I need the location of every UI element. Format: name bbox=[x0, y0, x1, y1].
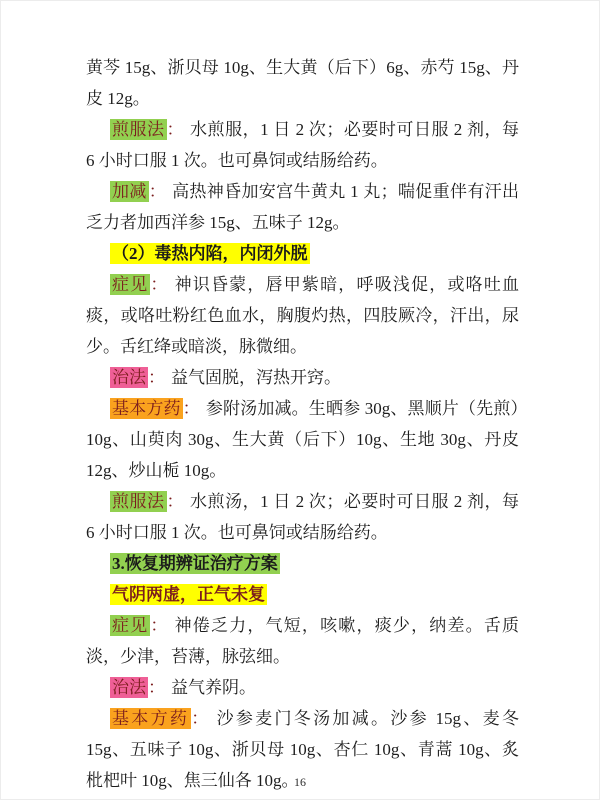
paragraph: 煎服法：水煎汤，1 日 2 次；必要时可日服 2 剂，每 6 小时口服 1 次。… bbox=[86, 486, 519, 548]
paragraph: 黄芩 15g、浙贝母 10g、生大黄（后下）6g、赤芍 15g、丹皮 12g。 bbox=[86, 52, 519, 114]
paragraph-text: 益气固脱，泻热开窍。 bbox=[171, 368, 341, 387]
page-number: 16 bbox=[1, 775, 599, 790]
label-colon: ： bbox=[150, 616, 168, 635]
paragraph: 治法：益气养阴。 bbox=[86, 672, 519, 703]
label-colon: ： bbox=[150, 275, 168, 294]
highlighted-heading-text: 3.恢复期辨证治疗方案 bbox=[110, 553, 280, 574]
document-page: 黄芩 15g、浙贝母 10g、生大黄（后下）6g、赤芍 15g、丹皮 12g。煎… bbox=[0, 0, 600, 800]
paragraph-text: 益气养阴。 bbox=[171, 678, 256, 697]
paragraph-text: 黄芩 15g、浙贝母 10g、生大黄（后下）6g、赤芍 15g、丹皮 12g。 bbox=[86, 58, 519, 108]
highlighted-label: 基本方药 bbox=[110, 708, 191, 729]
highlighted-label: 症见 bbox=[110, 615, 150, 636]
label-colon: ： bbox=[191, 709, 210, 728]
paragraph: 症见：神识昏蒙，唇甲紫暗，呼吸浅促，或咯吐血痰，或咯吐粉红色血水，胸腹灼热，四肢… bbox=[86, 269, 519, 362]
highlighted-label: 治法 bbox=[110, 367, 148, 388]
section-heading: 3.恢复期辨证治疗方案 bbox=[86, 548, 519, 579]
label-colon: ： bbox=[148, 368, 165, 387]
label-colon: ： bbox=[149, 182, 166, 201]
paragraph: 加减：高热神昏加安宫牛黄丸 1 丸；喘促重伴有汗出乏力者加西洋参 15g、五味子… bbox=[86, 176, 519, 238]
section-heading: （2）毒热内陷，内闭外脱 bbox=[86, 238, 519, 269]
highlighted-label: 煎服法 bbox=[110, 491, 167, 512]
paragraph: 煎服法：水煎服，1 日 2 次；必要时可日服 2 剂，每 6 小时口服 1 次。… bbox=[86, 114, 519, 176]
section-heading: 气阴两虚，正气未复 bbox=[86, 579, 519, 610]
highlighted-label: 加减 bbox=[110, 181, 149, 202]
paragraph: 治法：益气固脱，泻热开窍。 bbox=[86, 362, 519, 393]
label-colon: ： bbox=[148, 678, 165, 697]
paragraph: 症见：神倦乏力，气短，咳嗽，痰少，纳差。舌质淡，少津，苔薄，脉弦细。 bbox=[86, 610, 519, 672]
highlighted-label: 基本方药 bbox=[110, 398, 183, 419]
label-colon: ： bbox=[183, 399, 200, 418]
highlighted-heading-text: （2）毒热内陷，内闭外脱 bbox=[110, 243, 310, 264]
highlighted-heading-text: 气阴两虚，正气未复 bbox=[110, 584, 267, 605]
highlighted-label: 症见 bbox=[110, 274, 150, 295]
label-colon: ： bbox=[167, 120, 185, 139]
highlighted-label: 煎服法 bbox=[110, 119, 167, 140]
label-colon: ： bbox=[167, 492, 185, 511]
document-body: 黄芩 15g、浙贝母 10g、生大黄（后下）6g、赤芍 15g、丹皮 12g。煎… bbox=[86, 52, 519, 796]
highlighted-label: 治法 bbox=[110, 677, 148, 698]
paragraph: 基本方药：参附汤加减。生晒参 30g、黑顺片（先煎）10g、山萸肉 30g、生大… bbox=[86, 393, 519, 486]
